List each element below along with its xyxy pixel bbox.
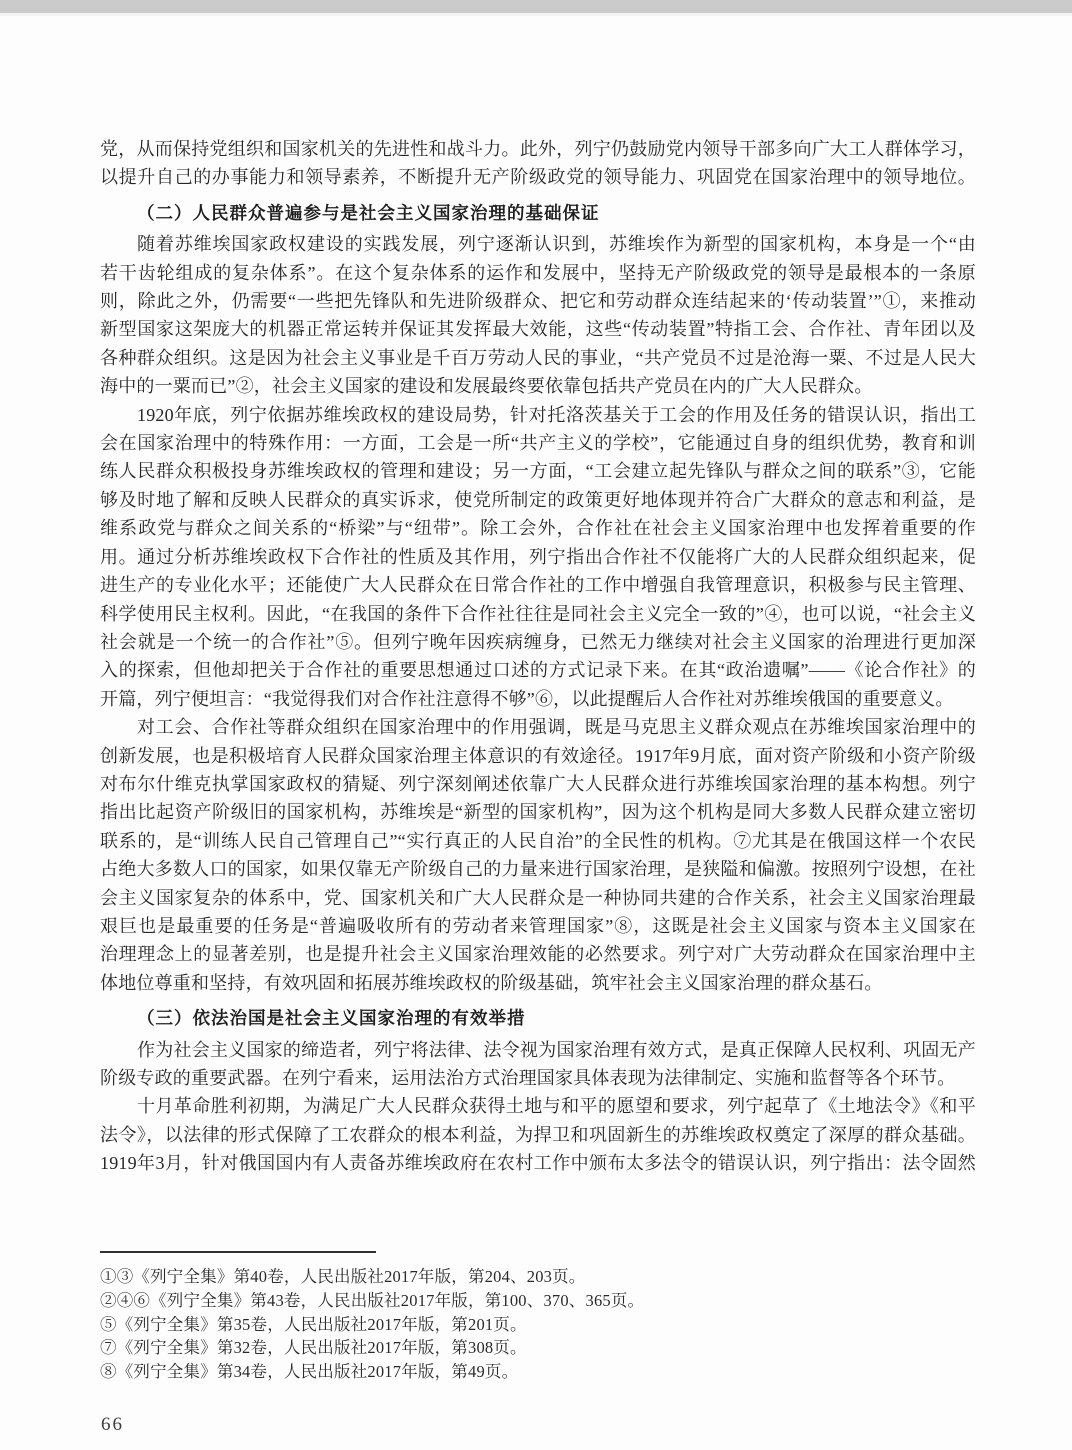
footnote-line: ⑧《列宁全集》第34卷，人民出版社2017年版，第49页。 [100, 1360, 976, 1384]
text-line: 对工会、合作社等群众组织在国家治理中的作用强调，既是马克思主义群众观点在苏维埃国… [100, 713, 976, 741]
text-line: 各种群众组织。这是因为社会主义事业是千百万劳动人民的事业，“共产党员不过是沧海一… [100, 344, 976, 372]
footnote-line: ①③《列宁全集》第40卷，人民出版社2017年版，第204、203页。 [100, 1265, 976, 1289]
section-heading: （三）依法治国是社会主义国家治理的有效举措 [100, 1004, 976, 1032]
footnote-block: ①③《列宁全集》第40卷，人民出版社2017年版，第204、203页。②④⑥《列… [100, 1251, 976, 1384]
text-line: 科学使用民主权利。因此，“在我国的条件下合作社往往是同社会主义完全一致的”④，也… [100, 600, 976, 628]
text-line: 创新发展，也是积极培育人民群众国家治理主体意识的有效途径。1917年9月底，面对… [100, 742, 976, 770]
text-line: 则，除此之外，仍需要“一些把先锋队和先进阶级群众、把它和劳动群众连结起来的‘传动… [100, 287, 976, 315]
text-line: 指出比起资产阶级旧的国家机构，苏维埃是“新型的国家机构”，因为这个机构是同大多数… [100, 798, 976, 826]
text-line: 法令》，以法律的形式保障了工农群众的根本利益，为捍卫和巩固新生的苏维埃政权奠定了… [100, 1121, 976, 1149]
text-line: 随着苏维埃国家政权建设的实践发展，列宁逐渐认识到，苏维埃作为新型的国家机构，本身… [100, 230, 976, 258]
text-line: 海中的一粟而已”②，社会主义国家的建设和发展最终要依靠包括共产党员在内的广大人民… [100, 372, 976, 400]
text-line: 练人民群众积极投身苏维埃政权的管理和建设；另一方面，“工会建立起先锋队与群众之间… [100, 457, 976, 485]
text-line: 用。通过分析苏维埃政权下合作社的性质及其作用，列宁指出合作社不仅能将广大的人民群… [100, 543, 976, 571]
footnote-line: ⑦《列宁全集》第32卷，人民出版社2017年版，第308页。 [100, 1336, 976, 1360]
text-line: 十月革命胜利初期，为满足广大人民群众获得土地与和平的愿望和要求，列宁起草了《土地… [100, 1092, 976, 1120]
paragraph: 十月革命胜利初期，为满足广大人民群众获得土地与和平的愿望和要求，列宁起草了《土地… [100, 1092, 976, 1177]
text-line: 联系的，是“训练人民自己管理自己”“实行真正的人民自治”的全民性的机构。⑦尤其是… [100, 827, 976, 855]
heading-line: （二）人民群众普遍参与是社会主义国家治理的基础保证 [100, 199, 976, 227]
paragraph: 党，从而保持党组织和国家机关的先进性和战斗力。此外，列宁仍鼓励党内领导干部多向广… [100, 135, 976, 192]
section-heading: （二）人民群众普遍参与是社会主义国家治理的基础保证 [100, 199, 976, 227]
text-line: 进生产的专业化水平；还能使广大人民群众在日常合作社的工作中增强自我管理意识，积极… [100, 571, 976, 599]
heading-line: （三）依法治国是社会主义国家治理的有效举措 [100, 1004, 976, 1032]
paragraph: 1920年底，列宁依据苏维埃政权的建设局势，针对托洛茨基关于工会的作用及任务的错… [100, 401, 976, 713]
text-line: 对布尔什维克执掌国家政权的猜疑、列宁深刻阐述依靠广大人民群众进行苏维埃国家治理的… [100, 770, 976, 798]
text-line: 治理理念上的显著差别，也是提升社会主义国家治理效能的必然要求。列宁对广大劳动群众… [100, 940, 976, 968]
text-line: 若干齿轮组成的复杂体系”。在这个复杂体系的运作和发展中，坚持无产阶级政党的领导是… [100, 259, 976, 287]
text-line: 以提升自己的办事能力和领导素养，不断提升无产阶级政党的领导能力、巩固党在国家治理… [100, 163, 976, 191]
scanner-edge-band [0, 0, 1072, 16]
text-line: 作为社会主义国家的缔造者，列宁将法律、法令视为国家治理有效方式，是真正保障人民权… [100, 1036, 976, 1064]
footnote-line: ②④⑥《列宁全集》第43卷，人民出版社2017年版，第100、370、365页。 [100, 1289, 976, 1313]
text-line: 会主义国家复杂的体系中，党、国家机关和广大人民群众是一种协同共建的合作关系，社会… [100, 884, 976, 912]
text-line: 党，从而保持党组织和国家机关的先进性和战斗力。此外，列宁仍鼓励党内领导干部多向广… [100, 135, 976, 163]
text-line: 1920年底，列宁依据苏维埃政权的建设局势，针对托洛茨基关于工会的作用及任务的错… [100, 401, 976, 429]
text-line: 社会就是一个统一的合作社”⑤。但列宁晚年因疾病缠身，已然无力继续对社会主义国家的… [100, 628, 976, 656]
text-line: 开篇，列宁便坦言：“我觉得我们对合作社注意得不够”⑥，以此提醒后人合作社对苏维埃… [100, 685, 976, 713]
text-line: 1919年3月，针对俄国国内有人责备苏维埃政府在农村工作中颁布太多法令的错误认识… [100, 1149, 976, 1177]
text-line: 占绝大多数人口的国家，如果仅靠无产阶级自己的力量来进行国家治理，是狭隘和偏激。按… [100, 855, 976, 883]
paragraph: 随着苏维埃国家政权建设的实践发展，列宁逐渐认识到，苏维埃作为新型的国家机构，本身… [100, 230, 976, 400]
text-line: 艰巨也是最重要的任务是“普遍吸收所有的劳动者来管理国家”⑧，这既是社会主义国家与… [100, 912, 976, 940]
text-line: 新型国家这架庞大的机器正常运转并保证其发挥最大效能，这些“传动装置”特指工会、合… [100, 315, 976, 343]
paragraph: 对工会、合作社等群众组织在国家治理中的作用强调，既是马克思主义群众观点在苏维埃国… [100, 713, 976, 997]
text-column: 党，从而保持党组织和国家机关的先进性和战斗力。此外，列宁仍鼓励党内领导干部多向广… [100, 135, 976, 1178]
footnote-line: ⑤《列宁全集》第35卷，人民出版社2017年版，第201页。 [100, 1313, 976, 1337]
text-line: 体地位尊重和坚持，有效巩固和拓展苏维埃政权的阶级基础，筑牢社会主义国家治理的群众… [100, 969, 976, 997]
footnote-list: ①③《列宁全集》第40卷，人民出版社2017年版，第204、203页。②④⑥《列… [100, 1265, 976, 1384]
text-line: 维系政党与群众之间关系的“桥梁”与“纽带”。除工会外，合作社在社会主义国家治理中… [100, 514, 976, 542]
text-line: 阶级专政的重要武器。在列宁看来，运用法治方式治理国家具体表现为法律制定、实施和监… [100, 1064, 976, 1092]
text-line: 够及时地了解和反映人民群众的真实诉求，使党所制定的政策更好地体现并符合广大群众的… [100, 486, 976, 514]
footnote-separator-rule [100, 1251, 376, 1253]
text-line: 会在国家治理中的特殊作用：一方面，工会是一所“共产主义的学校”，它能通过自身的组… [100, 429, 976, 457]
text-line: 入的探索，但他却把关于合作社的重要思想通过口述的方式记录下来。在其“政治遗嘱”—… [100, 656, 976, 684]
paragraph: 作为社会主义国家的缔造者，列宁将法律、法令视为国家治理有效方式，是真正保障人民权… [100, 1036, 976, 1093]
scanned-document-page: 党，从而保持党组织和国家机关的先进性和战斗力。此外，列宁仍鼓励党内领导干部多向广… [0, 0, 1072, 1450]
page-number: 66 [101, 1414, 124, 1436]
